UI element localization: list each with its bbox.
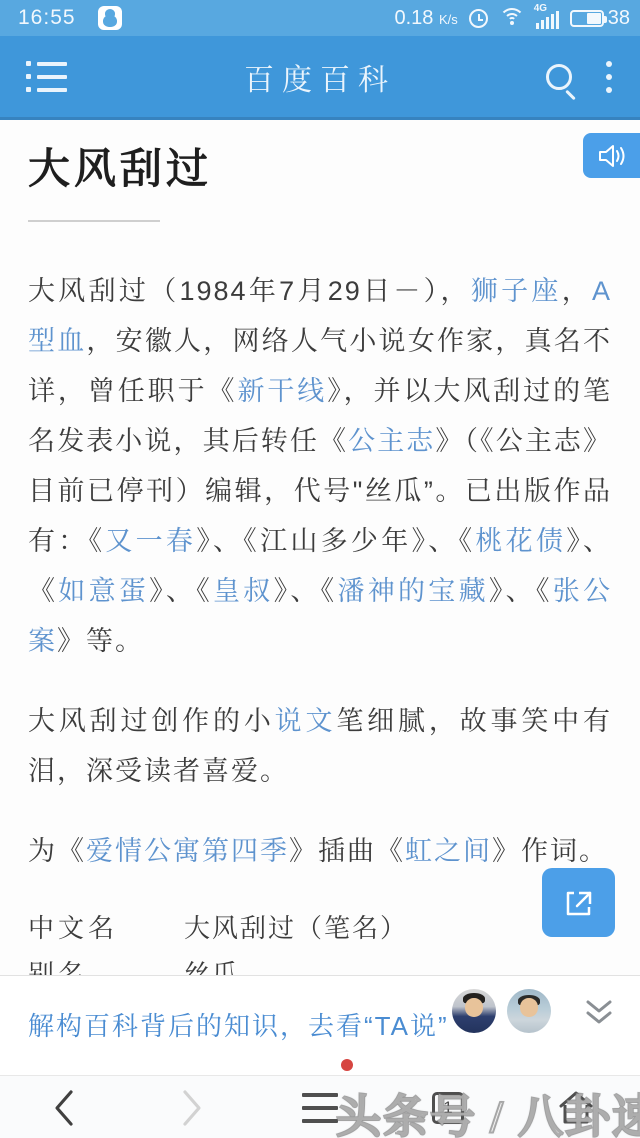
status-bar: 16:55 0.18 K/s 4G 38 — [0, 0, 640, 36]
watermark-text: 头条号 / 八卦速报 — [336, 1080, 640, 1138]
qq-notification-icon — [98, 6, 122, 30]
external-link-icon — [562, 886, 596, 920]
inline-link[interactable]: 狮子座 — [471, 276, 562, 306]
wifi-icon — [499, 8, 525, 28]
battery-icon: 38 — [570, 7, 630, 30]
text-run: 》、《 — [274, 576, 338, 606]
article-paragraph: 为《爱情公寓第四季》插曲《虹之间》作词。 — [28, 826, 612, 876]
inline-link[interactable]: 新干线 — [237, 376, 327, 406]
inline-link[interactable]: 爱情公寓第四季 — [86, 836, 289, 866]
infobox: 中文名 大风刮过（笔名） 别名 丝瓜 — [28, 912, 612, 975]
infobox-label: 中文名 — [28, 912, 184, 944]
alarm-clock-icon — [469, 9, 488, 28]
infobox-value: 丝瓜 — [184, 958, 612, 975]
inline-link[interactable]: 如意蛋 — [58, 576, 149, 606]
banner-text[interactable]: 解构百科背后的知识，去看“TA说” — [28, 1006, 449, 1043]
clock-time: 16:55 — [18, 6, 76, 30]
signal-bars-icon: 4G — [536, 7, 559, 29]
app-title: 百度百科 — [0, 55, 640, 99]
app-header: 百度百科 — [0, 36, 640, 120]
text-run: ， — [562, 276, 592, 306]
avatar — [507, 989, 551, 1033]
text-run: 》等。 — [57, 626, 144, 656]
phone-screen: 16:55 0.18 K/s 4G 38 百度百科 — [0, 0, 640, 1138]
text-run: 为《 — [28, 836, 86, 866]
tashuo-banner[interactable]: 解构百科背后的知识，去看“TA说” — [0, 975, 640, 1075]
network-speed: 0.18 K/s — [394, 7, 457, 30]
notification-badge — [341, 1059, 353, 1071]
hamburger-icon — [302, 1093, 338, 1123]
text-run: 》、《 — [489, 576, 553, 606]
infobox-label: 别名 — [28, 958, 184, 975]
infobox-row: 别名 丝瓜 — [28, 958, 612, 975]
text-run: 》、《江山多少年》、《 — [196, 526, 475, 556]
text-run: 》、《 — [149, 576, 213, 606]
back-button[interactable] — [40, 1076, 88, 1138]
inline-link[interactable]: 又一春 — [105, 526, 196, 556]
search-icon[interactable] — [546, 64, 572, 90]
inline-link[interactable]: 桃花债 — [475, 526, 566, 556]
speaker-icon — [597, 143, 627, 169]
article-paragraph: 大风刮过创作的小说文笔细腻，故事笑中有泪，深受读者喜爱。 — [28, 696, 612, 796]
collapse-banner-icon[interactable] — [584, 998, 614, 1035]
text-run: 大风刮过（1984年7月29日－）， — [28, 276, 471, 306]
article-paragraph: 大风刮过（1984年7月29日－），狮子座，A型血，安徽人，网络人气小说女作家，… — [28, 266, 612, 666]
network-type-label: 4G — [534, 3, 547, 14]
text-to-speech-button[interactable] — [583, 133, 640, 178]
inline-link[interactable]: 说文 — [275, 706, 337, 736]
infobox-row: 中文名 大风刮过（笔名） — [28, 912, 612, 944]
inline-link[interactable]: 皇叔 — [213, 576, 274, 606]
article-content: 大风刮过 大风刮过（1984年7月29日－），狮子座，A型血，安徽人，网络人气小… — [0, 120, 640, 975]
expand-infobox-button[interactable] — [542, 868, 615, 937]
forward-chevron-icon — [180, 1089, 204, 1127]
title-underline — [28, 220, 160, 222]
battery-percent: 38 — [608, 7, 630, 30]
text-run: 》作词。 — [492, 836, 608, 866]
inline-link[interactable]: 公主志 — [348, 426, 435, 456]
avatar — [452, 989, 496, 1033]
inline-link[interactable]: 潘神的宝藏 — [337, 576, 488, 606]
forward-button[interactable] — [168, 1076, 216, 1138]
text-run: 》插曲《 — [289, 836, 405, 866]
entry-title: 大风刮过 — [28, 136, 612, 196]
back-chevron-icon — [52, 1089, 76, 1127]
text-run: 大风刮过创作的小 — [28, 706, 275, 736]
inline-link[interactable]: 虹之间 — [405, 836, 492, 866]
